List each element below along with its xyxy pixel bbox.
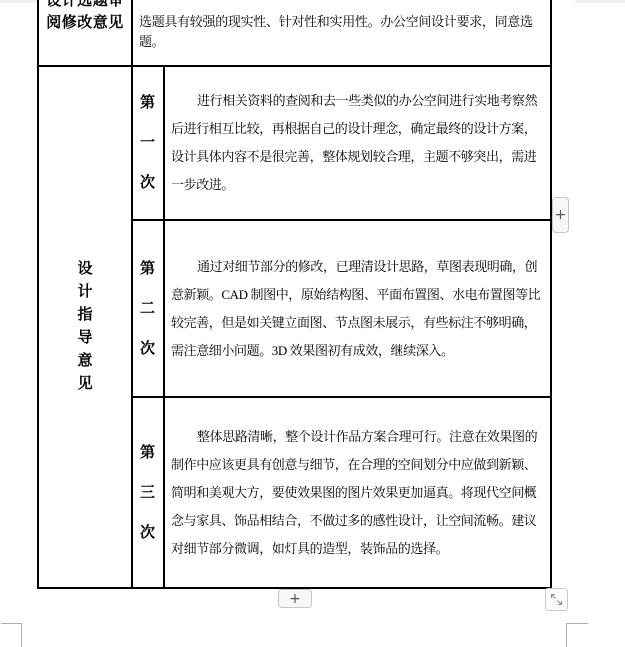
text-boundary-mark-right-v (566, 623, 567, 647)
cell-round-2-label[interactable]: 第 二 次 (132, 221, 163, 396)
round-3-label-text: 第 三 次 (140, 433, 155, 553)
round-3-comment-text: 整体思路清晰，整个设计作品方案合理可行。注意在效果图的制作中应该更具有创意与细节… (171, 423, 547, 563)
text-boundary-mark-left-v (21, 623, 22, 647)
chrome-edge-right (575, 0, 625, 3)
cell-review-comment[interactable]: 选题具有较强的现实性、针对性和实用性。办公空间设计要求，同意选题。 (139, 12, 547, 52)
guidance-label-text: 设 计 指 导 意 见 (77, 258, 92, 396)
insert-column-button[interactable]: + (552, 197, 569, 233)
review-comment-text: 选题具有较强的现实性、针对性和实用性。办公空间设计要求，同意选题。 (139, 14, 533, 49)
text-boundary-mark-left-h (1, 623, 22, 624)
review-label-line1: 设计选题审 (39, 0, 131, 12)
table-resize-handle[interactable] (545, 588, 568, 611)
cell-round-1-label[interactable]: 第 一 次 (132, 66, 163, 219)
cell-round-3-comment[interactable]: 整体思路清晰，整个设计作品方案合理可行。注意在效果图的制作中应该更具有创意与细节… (171, 398, 547, 587)
cell-round-3-label[interactable]: 第 三 次 (132, 398, 163, 587)
resize-diagonal-icon (550, 593, 563, 606)
round-2-label-text: 第 二 次 (140, 249, 155, 369)
insert-row-button[interactable]: + (278, 589, 312, 608)
cell-guidance-label[interactable]: 设 计 指 导 意 见 (39, 66, 131, 587)
table-border-right (550, 0, 552, 589)
cell-round-1-comment[interactable]: 进行相关资料的查阅和去一些类似的办公空间进行实地考察然后进行相互比较，再根据自己… (171, 66, 547, 219)
table-divider-col2 (163, 66, 165, 589)
review-label-line2: 阅修改意见 (39, 12, 131, 34)
cell-review-label[interactable]: 设计选题审 阅修改意见 (39, 0, 131, 34)
round-1-label-text: 第 一 次 (140, 83, 155, 203)
plus-icon: + (289, 592, 301, 606)
cell-round-2-comment[interactable]: 通过对细节部分的修改，已理清设计思路，草图表现明确，创意新颖。CAD 制图中，原… (171, 221, 547, 396)
document-page: 设计选题审 阅修改意见 选题具有较强的现实性、针对性和实用性。办公空间设计要求，… (0, 0, 625, 647)
text-boundary-mark-right-h (566, 623, 588, 624)
round-2-comment-text: 通过对细节部分的修改，已理清设计思路，草图表现明确，创意新颖。CAD 制图中，原… (171, 253, 547, 365)
chrome-edge-left (0, 0, 37, 3)
round-1-comment-text: 进行相关资料的查阅和去一些类似的办公空间进行实地考察然后进行相互比较，再根据自己… (171, 87, 547, 199)
plus-icon: + (555, 208, 567, 222)
